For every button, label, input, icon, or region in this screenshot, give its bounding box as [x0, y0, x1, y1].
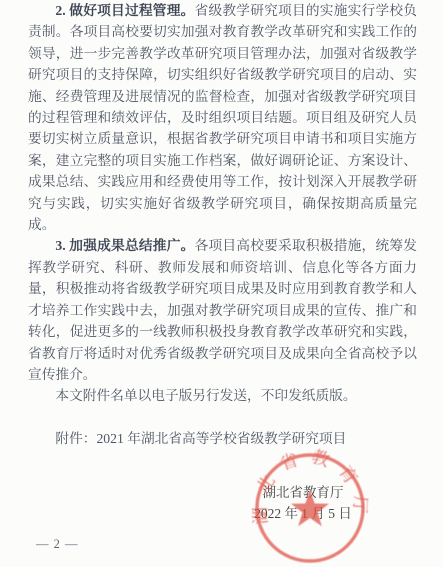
- issue-date: 2022 年 1 月 5 日: [237, 503, 369, 524]
- page-number: — 2 —: [36, 537, 79, 552]
- signature-block: 湖北省教育厅 2022 年 1 月 5 日: [237, 482, 369, 524]
- paragraph-results-promotion: 3. 加强成果总结推广。各项目高校要采取积极措施，统筹发挥教学研究、科研、教师发…: [28, 235, 417, 385]
- document-body: 2. 做好项目过程管理。省级教学研究项目的实施实行学校负责制。各项目高校要切实加…: [28, 0, 417, 450]
- paragraph-3-text: 各项目高校要采取积极措施，统筹发挥教学研究、科研、教师发展和师资培训、信息化等各…: [28, 238, 417, 381]
- paragraph-project-process-management: 2. 做好项目过程管理。省级教学研究项目的实施实行学校负责制。各项目高校要切实加…: [28, 0, 417, 235]
- paragraph-2-heading: 2. 做好项目过程管理。: [55, 3, 194, 18]
- document-page: 2. 做好项目过程管理。省级教学研究项目的实施实行学校负责制。各项目高校要切实加…: [0, 0, 443, 567]
- paragraph-electronic-attachment-note: 本文附件名单以电子版另行发送，不印发纸质版。: [28, 385, 417, 406]
- paragraph-3-heading: 3. 加强成果总结推广。: [55, 238, 194, 253]
- issuer-name: 湖北省教育厅: [237, 482, 369, 503]
- attachment-reference-line: 附件：2021 年湖北省高等学校省级教学研究项目: [28, 428, 417, 449]
- paragraph-2-text: 省级教学研究项目的实施实行学校负责制。各项目高校要切实加强对教育教学改革研究和实…: [28, 3, 417, 232]
